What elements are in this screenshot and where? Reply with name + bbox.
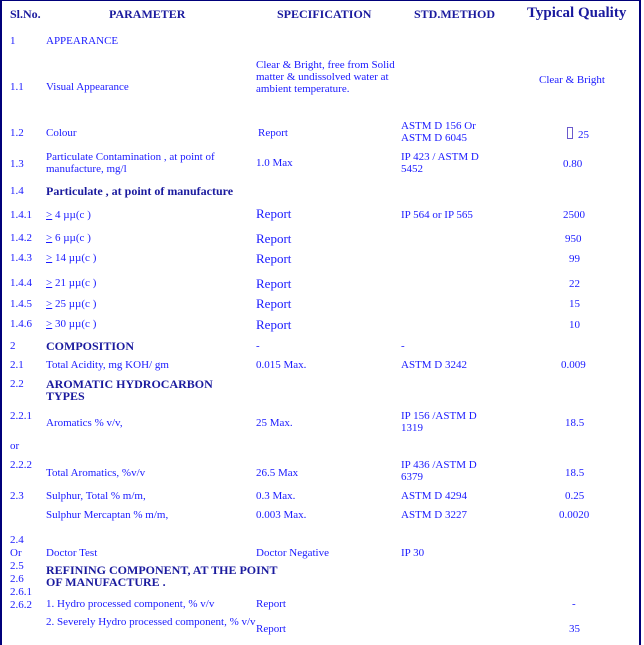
spec-particle-size: Report	[256, 278, 291, 290]
typical-colour: 25	[567, 127, 589, 141]
header-specification: SPECIFICATION	[277, 8, 371, 20]
typical-hydro-processed: -	[572, 598, 576, 610]
row-no: 1.1	[10, 81, 24, 93]
typical-particle-size: 22	[569, 278, 580, 290]
typical-particle-size: 15	[569, 298, 580, 310]
method-colour: ASTM D 156 Or ASTM D 6045	[401, 120, 501, 144]
header-typical-quality: Typical Quality	[527, 7, 626, 19]
typical-particle-size: 99	[569, 253, 580, 265]
spec-aromatics: 25 Max.	[256, 417, 293, 429]
param-particle-size: > 4 µµ(c )	[46, 209, 91, 221]
spec-sulphur-mercaptan: 0.003 Max.	[256, 509, 306, 521]
spec-doctor-test: Doctor Negative	[256, 547, 329, 559]
param-sulphur-mercaptan: Sulphur Mercaptan % m/m,	[46, 509, 168, 521]
row-no: 1.2	[10, 127, 24, 139]
param-total-acidity: Total Acidity, mg KOH/ gm	[46, 359, 169, 371]
row-no: 1	[10, 35, 16, 47]
row-no: 2.4	[10, 534, 24, 546]
typical-sulphur-total: 0.25	[565, 490, 584, 502]
row-no: 2.6.1	[10, 586, 32, 598]
param-particle-size: > 25 µµ(c )	[46, 298, 96, 310]
typical-particle-size: 2500	[563, 209, 585, 221]
param-particle-size: > 6 µµ(c )	[46, 232, 91, 244]
row-no: 2.2.1	[10, 410, 32, 422]
spec-colour: Report	[258, 127, 288, 139]
typical-particulate-contamination: 0.80	[563, 158, 582, 170]
param-severely-hydro-processed: 2. Severely Hydro processed component, %…	[46, 616, 256, 628]
method-sulphur-mercaptan: ASTM D 3227	[401, 509, 467, 521]
method-aromatics: IP 156 /ASTM D 1319	[401, 410, 501, 434]
typical-particle-size: 10	[569, 319, 580, 331]
param-particulate-contamination: Particulate Contamination , at point of …	[46, 151, 246, 175]
header-slno: Sl.No.	[10, 8, 41, 20]
spec-particle-size: Report	[256, 233, 291, 245]
spec-hydro-processed: Report	[256, 598, 286, 610]
typical-particle-size: 950	[565, 233, 582, 245]
spec-sulphur-total: 0.3 Max.	[256, 490, 295, 502]
spec-particle-size: Report	[256, 253, 291, 265]
row-no: 2.2	[10, 378, 24, 390]
section-aromatic-hydrocarbon: AROMATIC HYDROCARBON TYPES	[46, 378, 246, 402]
header-std-method: STD.METHOD	[414, 8, 495, 20]
header-parameter: PARAMETER	[109, 8, 185, 20]
section-refining-component: REFINING COMPONENT, AT THE POINT OF MANU…	[46, 564, 286, 588]
section-particulate: Particulate , at point of manufacture	[46, 185, 233, 197]
method-particulate-contamination: IP 423 / ASTM D 5452	[401, 151, 501, 175]
param-aromatics: Aromatics % v/v,	[46, 417, 123, 429]
param-particle-size: > 14 µµ(c )	[46, 252, 96, 264]
method-doctor-test: IP 30	[401, 547, 424, 559]
section-appearance: APPEARANCE	[46, 35, 118, 47]
spec-composition: -	[256, 340, 260, 352]
spec-particle-size: Report	[256, 319, 291, 331]
section-composition: COMPOSITION	[46, 340, 134, 352]
method-particle-size: IP 564 or IP 565	[401, 209, 473, 221]
method-total-acidity: ASTM D 3242	[401, 359, 467, 371]
spec-visual-appearance: Clear & Bright, free from Solid matter &…	[256, 59, 401, 95]
param-particle-size: > 30 µµ(c )	[46, 318, 96, 330]
param-total-aromatics: Total Aromatics, %v/v	[46, 467, 145, 479]
method-sulphur-total: ASTM D 4294	[401, 490, 467, 502]
spec-total-aromatics: 26.5 Max	[256, 467, 298, 479]
spec-total-acidity: 0.015 Max.	[256, 359, 306, 371]
spec-particle-size: Report	[256, 298, 291, 310]
typical-visual-appearance: Clear & Bright	[539, 74, 605, 86]
row-no: 1.4.6	[10, 318, 32, 330]
typical-total-aromatics: 18.5	[565, 467, 584, 479]
missing-glyph-icon	[567, 127, 573, 139]
typical-sulphur-mercaptan: 0.0020	[559, 509, 589, 521]
row-no: 1.4.3	[10, 252, 32, 264]
row-no: 1.4.4	[10, 277, 32, 289]
row-no: 1.4.5	[10, 298, 32, 310]
row-no: 2.2.2	[10, 459, 32, 471]
row-no: 1.3	[10, 158, 24, 170]
param-visual-appearance: Visual Appearance	[46, 81, 129, 93]
or-label: or	[10, 440, 19, 452]
row-no: 2.6.2	[10, 599, 32, 611]
row-no: 1.4.1	[10, 209, 32, 221]
param-sulphur-total: Sulphur, Total % m/m,	[46, 490, 146, 502]
param-particle-size: > 21 µµ(c )	[46, 277, 96, 289]
spec-severely-hydro-processed: Report	[256, 623, 286, 635]
row-no: 2.6	[10, 573, 24, 585]
spec-particulate-contamination: 1.0 Max	[256, 157, 293, 169]
or-label: Or	[10, 547, 22, 559]
typical-total-acidity: 0.009	[561, 359, 586, 371]
spec-particle-size: Report	[256, 208, 291, 220]
row-no: 2	[10, 340, 16, 352]
typical-severely-hydro-processed: 35	[569, 623, 580, 635]
row-no: 1.4.2	[10, 232, 32, 244]
method-total-aromatics: IP 436 /ASTM D 6379	[401, 459, 501, 483]
row-no: 2.1	[10, 359, 24, 371]
row-no: 2.5	[10, 560, 24, 572]
param-doctor-test: Doctor Test	[46, 547, 97, 559]
row-no: 2.3	[10, 490, 24, 502]
typical-aromatics: 18.5	[565, 417, 584, 429]
specification-table: Sl.No. PARAMETER SPECIFICATION STD.METHO…	[0, 0, 641, 645]
param-hydro-processed: 1. Hydro processed component, % v/v	[46, 598, 214, 610]
method-composition: -	[401, 340, 405, 352]
param-colour: Colour	[46, 127, 77, 139]
row-no: 1.4	[10, 185, 24, 197]
